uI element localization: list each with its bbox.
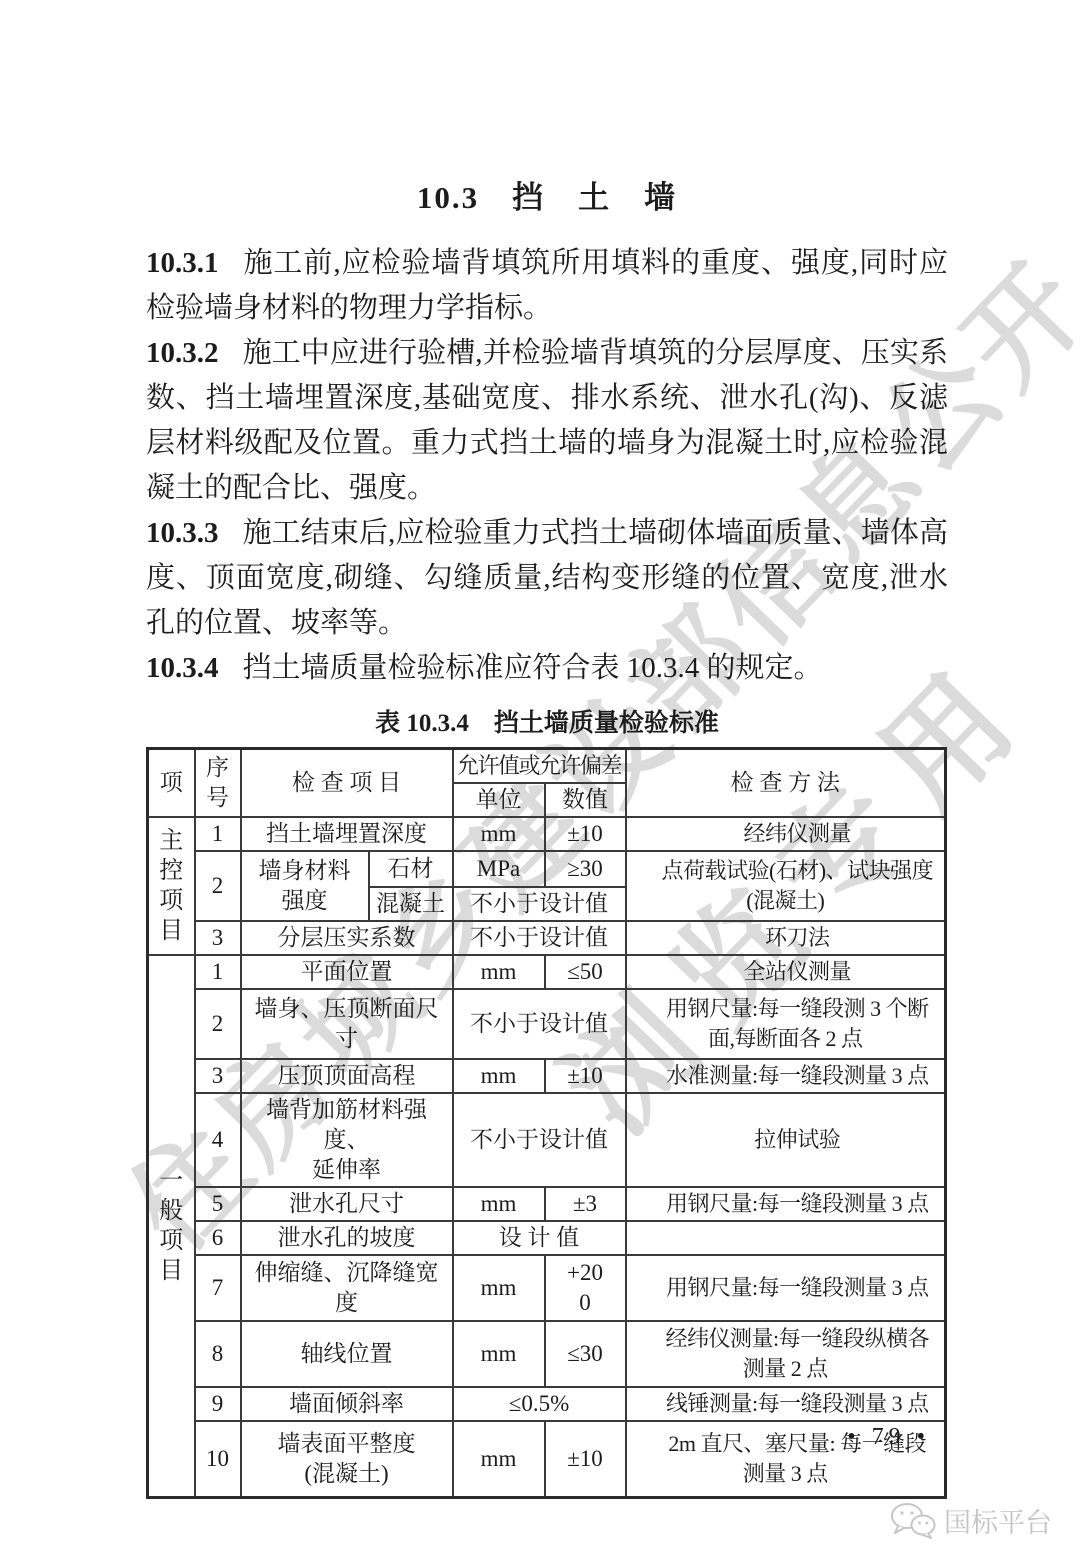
cell-unit: mm bbox=[453, 1421, 545, 1497]
table-row: 一 般 项 目 1 平面位置 mm ≤50 全站仪测量 bbox=[148, 955, 946, 989]
cell-allow-span: 不小于设计值 bbox=[453, 1093, 626, 1187]
cell-method: 水准测量:每一缝段测量 3 点 bbox=[626, 1059, 946, 1093]
cell-seq: 10 bbox=[195, 1421, 241, 1497]
cell-value: ±3 bbox=[545, 1187, 626, 1221]
cell-seq: 3 bbox=[195, 1059, 241, 1093]
cell-value: ≤50 bbox=[545, 955, 626, 989]
clause-text: 施工前,应检验墙背填筑所用填料的重度、强度,同时应检验墙身材料的物理力学指标。 bbox=[146, 247, 948, 324]
brand-footer: 国标平台 bbox=[890, 1501, 1052, 1540]
cell-unit: MPa bbox=[453, 851, 545, 887]
cell-seq: 2 bbox=[195, 851, 241, 921]
table-row: 7 伸缩缝、沉降缝宽度 mm +20 0 用钢尺量:每一缝段测量 3 点 bbox=[148, 1255, 946, 1321]
cell-method bbox=[626, 1221, 946, 1255]
table-row: 主 控 项 目 1 挡土墙埋置深度 mm ±10 经纬仪测量 bbox=[148, 817, 946, 851]
cell-item: 墙身材料 强度 bbox=[241, 851, 369, 921]
cell-item: 墙面倾斜率 bbox=[241, 1387, 453, 1421]
cell-allow-span: ≤0.5% bbox=[453, 1387, 626, 1421]
cell-method: 全站仪测量 bbox=[626, 955, 946, 989]
cell-seq: 1 bbox=[195, 955, 241, 989]
cell-method: 经纬仪测量 bbox=[626, 817, 946, 851]
table-row: 2 墙身、压顶断面尺寸 不小于设计值 用钢尺量:每一缝段测 3 个断 面,每断面… bbox=[148, 989, 946, 1059]
cell-unit: mm bbox=[453, 1059, 545, 1093]
cell-method: 线锤测量:每一缝段测量 3 点 bbox=[626, 1387, 946, 1421]
cell-seq: 8 bbox=[195, 1321, 241, 1387]
paragraph-10-3-1: 10.3.1施工前,应检验墙背填筑所用填料的重度、强度,同时应检验墙身材料的物理… bbox=[146, 241, 948, 331]
table-row: 5 泄水孔尺寸 mm ±3 用钢尺量:每一缝段测量 3 点 bbox=[148, 1187, 946, 1221]
document-page: 10.3 挡 土 墙 10.3.1施工前,应检验墙背填筑所用填料的重度、强度,同… bbox=[146, 0, 948, 1499]
table-caption: 表 10.3.4 挡土墙质量检验标准 bbox=[146, 703, 948, 739]
cell-item: 墙表面平整度 (混凝土) bbox=[241, 1421, 453, 1497]
cell-seq: 3 bbox=[195, 921, 241, 955]
clause-text: 施工中应进行验槽,并检验墙背填筑的分层厚度、压实系数、挡土墙埋置深度,基础宽度、… bbox=[146, 337, 948, 504]
cell-value: ≤30 bbox=[545, 1321, 626, 1387]
cell-seq: 6 bbox=[195, 1221, 241, 1255]
brand-name: 国标平台 bbox=[944, 1501, 1052, 1540]
table-row: 10 墙表面平整度 (混凝土) mm ±10 2m 直尺、塞尺量: 每一缝段 测… bbox=[148, 1421, 946, 1497]
table-header-row: 项 序 号 检 查 项 目 允许值或允许偏差 检 查 方 法 bbox=[148, 749, 946, 784]
cell-unit: mm bbox=[453, 1321, 545, 1387]
cell-item: 分层压实系数 bbox=[241, 921, 453, 955]
paragraph-10-3-4: 10.3.4挡土墙质量检验标准应符合表 10.3.4 的规定。 bbox=[146, 646, 948, 691]
clause-number: 10.3.1 bbox=[146, 247, 219, 279]
cell-item: 挡土墙埋置深度 bbox=[241, 817, 453, 851]
cell-method: 拉伸试验 bbox=[626, 1093, 946, 1187]
cell-item: 墙身、压顶断面尺寸 bbox=[241, 989, 453, 1059]
cell-unit: mm bbox=[453, 1187, 545, 1221]
cell-item: 轴线位置 bbox=[241, 1321, 453, 1387]
header-allowed-value: 允许值或允许偏差 bbox=[453, 749, 626, 784]
table-row: 3 分层压实系数 不小于设计值 环刀法 bbox=[148, 921, 946, 955]
header-value: 数值 bbox=[545, 783, 626, 817]
cell-method: 用钢尺量:每一缝段测量 3 点 bbox=[626, 1187, 946, 1221]
category-general: 一 般 项 目 bbox=[148, 955, 195, 1497]
cell-method: 经纬仪测量:每一缝段纵横各 测量 2 点 bbox=[626, 1321, 946, 1387]
quality-standard-table: 项 序 号 检 查 项 目 允许值或允许偏差 检 查 方 法 单位 数值 主 控… bbox=[146, 747, 947, 1499]
cell-seq: 1 bbox=[195, 817, 241, 851]
table-row: 2 墙身材料 强度 石材 MPa ≥30 点荷载试验(石材)、试块强度 (混凝土… bbox=[148, 851, 946, 887]
cell-unit: mm bbox=[453, 955, 545, 989]
cell-item: 泄水孔的坡度 bbox=[241, 1221, 453, 1255]
cell-value: ±10 bbox=[545, 817, 626, 851]
clause-number: 10.3.3 bbox=[146, 517, 219, 549]
header-seq: 序 号 bbox=[195, 749, 241, 818]
cell-item: 伸缩缝、沉降缝宽度 bbox=[241, 1255, 453, 1321]
cell-value: ±10 bbox=[545, 1421, 626, 1497]
cell-method: 环刀法 bbox=[626, 921, 946, 955]
category-main-control: 主 控 项 目 bbox=[148, 817, 195, 955]
cell-subitem-stone: 石材 bbox=[369, 851, 453, 887]
header-unit: 单位 bbox=[453, 783, 545, 817]
clause-number: 10.3.2 bbox=[146, 337, 219, 369]
cell-method: 用钢尺量:每一缝段测 3 个断 面,每断面各 2 点 bbox=[626, 989, 946, 1059]
wechat-logo-icon bbox=[890, 1502, 936, 1540]
table-row: 9 墙面倾斜率 ≤0.5% 线锤测量:每一缝段测量 3 点 bbox=[148, 1387, 946, 1421]
table-row: 3 压顶顶面高程 mm ±10 水准测量:每一缝段测量 3 点 bbox=[148, 1059, 946, 1093]
cell-item: 墙背加筋材料强度、 延伸率 bbox=[241, 1093, 453, 1187]
cell-unit: mm bbox=[453, 1255, 545, 1321]
cell-value: ≥30 bbox=[545, 851, 626, 887]
cell-subitem-concrete: 混凝土 bbox=[369, 887, 453, 921]
clause-text: 挡土墙质量检验标准应符合表 10.3.4 的规定。 bbox=[243, 652, 823, 684]
cell-unit: mm bbox=[453, 817, 545, 851]
header-item: 项 bbox=[148, 749, 195, 818]
cell-seq: 4 bbox=[195, 1093, 241, 1187]
cell-value: ±10 bbox=[545, 1059, 626, 1093]
clause-number: 10.3.4 bbox=[146, 652, 219, 684]
cell-allow-span: 不小于设计值 bbox=[453, 887, 626, 921]
cell-item: 平面位置 bbox=[241, 955, 453, 989]
paragraph-10-3-2: 10.3.2施工中应进行验槽,并检验墙背填筑的分层厚度、压实系数、挡土墙埋置深度… bbox=[146, 331, 948, 511]
cell-allow-span: 设 计 值 bbox=[453, 1221, 626, 1255]
paragraph-10-3-3: 10.3.3施工结束后,应检验重力式挡土墙砌体墙面质量、墙体高度、顶面宽度,砌缝… bbox=[146, 511, 948, 646]
section-title: 10.3 挡 土 墙 bbox=[146, 172, 948, 217]
cell-item: 压顶顶面高程 bbox=[241, 1059, 453, 1093]
table-row: 6 泄水孔的坡度 设 计 值 bbox=[148, 1221, 946, 1255]
cell-value: +20 0 bbox=[545, 1255, 626, 1321]
cell-method: 用钢尺量:每一缝段测量 3 点 bbox=[626, 1255, 946, 1321]
header-check-item: 检 查 项 目 bbox=[241, 749, 453, 818]
cell-seq: 9 bbox=[195, 1387, 241, 1421]
cell-seq: 2 bbox=[195, 989, 241, 1059]
table-row: 8 轴线位置 mm ≤30 经纬仪测量:每一缝段纵横各 测量 2 点 bbox=[148, 1321, 946, 1387]
cell-seq: 5 bbox=[195, 1187, 241, 1221]
header-method: 检 查 方 法 bbox=[626, 749, 946, 818]
table-row: 4 墙背加筋材料强度、 延伸率 不小于设计值 拉伸试验 bbox=[148, 1093, 946, 1187]
cell-method: 点荷载试验(石材)、试块强度 (混凝土) bbox=[626, 851, 946, 921]
cell-allow-span: 不小于设计值 bbox=[453, 921, 626, 955]
cell-item: 泄水孔尺寸 bbox=[241, 1187, 453, 1221]
cell-allow-span: 不小于设计值 bbox=[453, 989, 626, 1059]
cell-seq: 7 bbox=[195, 1255, 241, 1321]
page-number: • 79 • bbox=[847, 1424, 930, 1451]
clause-text: 施工结束后,应检验重力式挡土墙砌体墙面质量、墙体高度、顶面宽度,砌缝、勾缝质量,… bbox=[146, 517, 948, 639]
